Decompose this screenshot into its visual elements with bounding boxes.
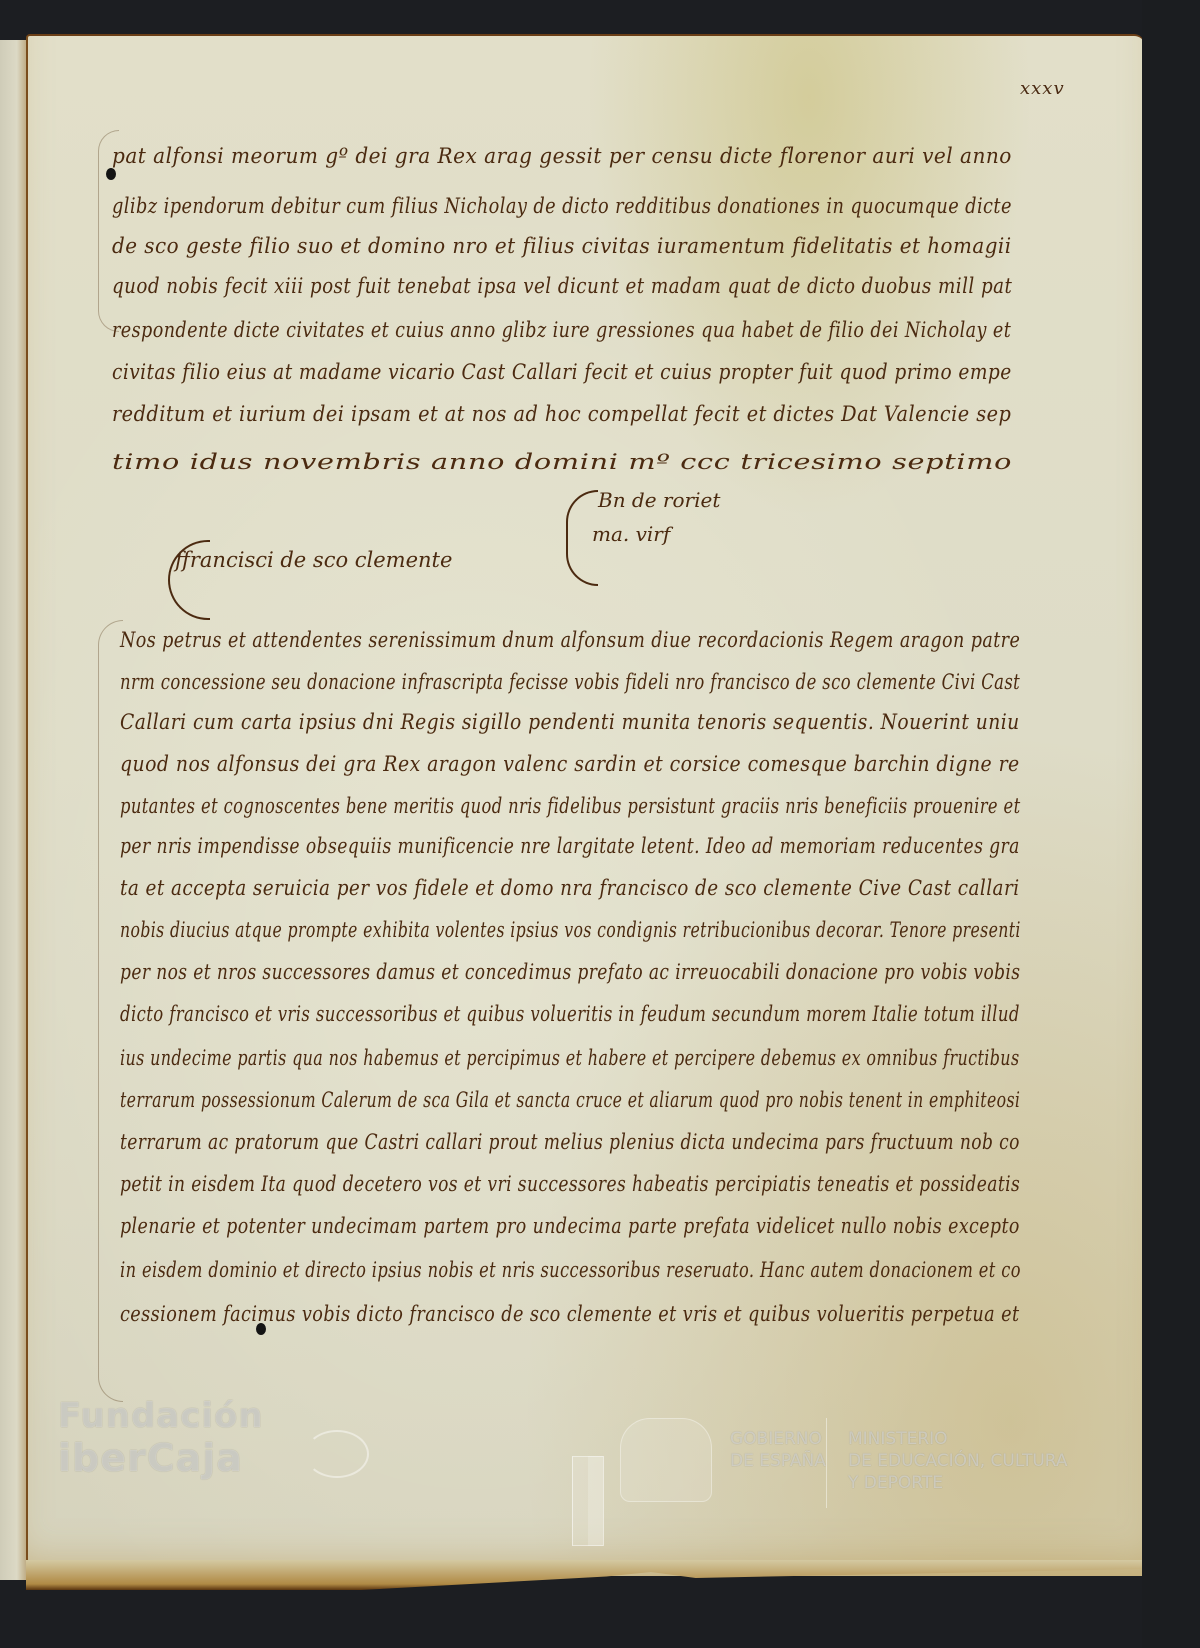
manuscript-line: terrarum ac pratorum que Castri callari … [120,1130,1020,1154]
entry-heading: ffrancisci de sco clemente [175,548,452,572]
watermark-divider [826,1418,827,1508]
manuscript-line: civitas filio eius at madame vicario Cas… [112,360,1012,384]
manuscript-line: plenarie et potenter undecimam partem pr… [120,1214,1020,1238]
manuscript-line: timo idus novembris anno domini mº ccc t… [112,450,1012,474]
ibercaja-logo-icon [305,1430,369,1478]
flag-icon [572,1456,604,1546]
manuscript-line: nobis diucius atque prompte exhibita vol… [120,918,1021,942]
watermark-line: DE ESPAÑA [730,1450,826,1472]
folio-number: xxxv [1020,78,1065,99]
manuscript-line: per nos et nros successores damus et con… [120,960,1020,984]
watermark-text: MINISTERIO DE EDUCACIÓN, CULTURA Y DEPOR… [848,1428,1068,1494]
manuscript-line: petit in eisdem Ita quod decetero vos et… [120,1172,1020,1196]
signature-line: Bn de roriet [598,488,720,512]
manuscript-line: de sco geste filio suo et domino nro et … [112,234,1012,258]
manuscript-line: in eisdem dominio et directo ipsius nobi… [120,1258,1021,1282]
manuscript-line: cessionem facimus vobis dicto francisco … [120,1302,1020,1326]
manuscript-line: quod nos alfonsus dei gra Rex aragon val… [120,752,1020,776]
manuscript-line: Nos petrus et attendentes serenissimum d… [120,628,1020,652]
watermark-line: MINISTERIO [848,1428,1068,1450]
signature-line: ma. virf [592,522,670,546]
watermark-text: GOBIERNO DE ESPAÑA [730,1428,826,1472]
watermark-line: DE EDUCACIÓN, CULTURA [848,1450,1068,1472]
watermark-line: Y DEPORTE [848,1472,1068,1494]
manuscript-line: nrm concessione seu donacione infrascrip… [120,670,1020,694]
watermark-text: Fundación [58,1396,264,1436]
manuscript-line: putantes et cognoscentes bene meritis qu… [120,794,1021,818]
manuscript-line: quod nobis fecit xiii post fuit tenebat … [112,274,1012,298]
coat-of-arms-icon [620,1418,712,1502]
manuscript-line: ta et accepta seruicia per vos fidele et… [120,876,1020,900]
watermark-line: GOBIERNO [730,1428,826,1450]
manuscript-line: respondente dicte civitates et cuius ann… [112,318,1011,342]
manuscript-scan: xxxv pat alfonsi meorum gº dei gra Rex a… [0,0,1142,1648]
manuscript-line: dicto francisco et vris successoribus et… [120,1002,1020,1026]
manuscript-line: pat alfonsi meorum gº dei gra Rex arag g… [112,144,1012,168]
manuscript-line: ius undecime partis qua nos habemus et p… [120,1046,1020,1070]
watermark-text: iberCaja [58,1436,243,1480]
manuscript-line: terrarum possessionum Calerum de sca Gil… [120,1088,1020,1112]
manuscript-line: glibz ipendorum debitur cum filius Nicho… [112,194,1012,218]
manuscript-line: per nris impendisse obsequiis munificenc… [120,834,1020,858]
manuscript-line: redditum et iurium dei ipsam et at nos a… [112,402,1011,426]
manuscript-line: Callari cum carta ipsius dni Regis sigil… [120,710,1020,734]
